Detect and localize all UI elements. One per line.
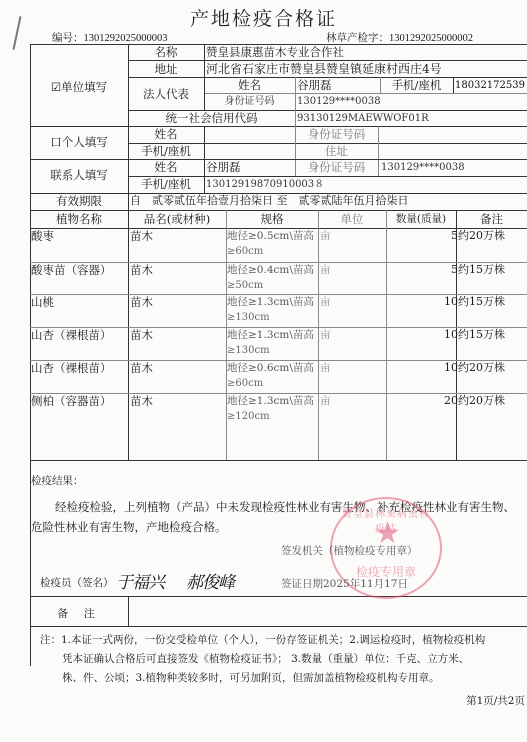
unit-section-label[interactable]: ☑单位填写 [30, 80, 128, 94]
individual-id-label: 身份证号码 [295, 127, 378, 141]
plant-quantity: 10 [386, 361, 458, 375]
plant-quantity: 20 [386, 394, 458, 408]
remarks-label: 备 注 [30, 605, 128, 621]
grid-line [128, 596, 129, 626]
plant-variety: 苗木 [130, 229, 153, 243]
grid-line [30, 210, 527, 211]
col-header-variety: 品名(或材种) [128, 212, 226, 226]
plant-note: 约15万株 [458, 263, 505, 277]
rep-name-label: 姓名 [204, 78, 295, 92]
result-label: 检疫结果： [31, 473, 84, 488]
footnote-line-2: 凭本证确认合格后可直接签发《植物检疫证书》； 3.数量（重量）单位：千克、立方米… [42, 650, 527, 669]
grid-line [378, 126, 379, 176]
contact-section-label: 联系人填写 [30, 168, 128, 182]
unit-address-value: 河北省石家庄市赞皇县赞皇镇延康村西庄4号 [206, 62, 442, 76]
forestry-label: 林草产检字： [326, 32, 389, 44]
plant-spec-line1: 地径≥0.5cm\苗高 [227, 229, 314, 243]
plant-spec-line1: 地径≥1.3cm\苗高 [227, 295, 314, 309]
contact-name-label: 姓名 [128, 160, 204, 174]
serial-label: 编号： [52, 32, 84, 44]
validity-label: 有效期限 [30, 194, 128, 208]
plant-variety: 苗木 [130, 394, 153, 408]
plant-spec-line1: 地径≥0.4cm\苗高 [227, 263, 314, 277]
plant-note: 约15万株 [458, 328, 505, 342]
grid-line [453, 77, 454, 93]
plant-spec-line2: ≥130cm [227, 311, 270, 325]
plant-unit: 亩 [320, 328, 331, 342]
grid-line [128, 60, 527, 61]
plant-note: 约20万株 [458, 361, 505, 375]
sign-date-value: 2025年11月17日 [323, 578, 408, 590]
grid-line [30, 460, 527, 461]
plant-unit: 亩 [320, 361, 331, 375]
plant-variety: 苗木 [130, 361, 153, 375]
inspector-signature-2: 郝俊峰 [186, 568, 234, 593]
serial-number: 编号：1301292025000003 [52, 30, 168, 45]
individual-address-label: 住址 [295, 144, 378, 158]
rep-phone-label: 手机/座机 [380, 78, 453, 92]
col-header-spec: 规格 [226, 212, 318, 226]
validity-value: 自 贰零贰伍年拾壹月拾柒日 至 贰零贰陆年伍月拾柒日 [130, 194, 409, 208]
rep-id-value: 130129****0038 [297, 95, 381, 109]
plant-quantity: 5 [386, 263, 458, 277]
grid-line [128, 44, 129, 460]
grid-line [30, 126, 527, 127]
plant-quantity: 5 [386, 229, 458, 243]
plant-spec-line2: ≥60cm [227, 245, 263, 259]
rep-name-value: 谷朋磊 [297, 78, 332, 92]
plant-quantity: 10 [386, 295, 458, 309]
unit-name-label: 名称 [128, 45, 204, 59]
forestry-number: 林草产检字：1301292025000002 [326, 30, 473, 45]
footnotes: 注：1.本证一式两份，一份交受检单位（个人），一份存签证机关；2.调运检疫时，植… [42, 631, 527, 688]
plant-spec-line1: 地径≥0.6cm\苗高 [227, 361, 314, 375]
col-header-note: 备注 [456, 212, 527, 226]
result-text: 经检疫检验，上列植物（产品）中未发现检疫性林业有害生物、补充检疫性林业有害生物、… [31, 497, 525, 537]
rep-id-label: 身份证号码 [204, 95, 295, 109]
plant-name: 侧柏（容器苗） [31, 394, 112, 408]
inspector-signature-1: 于福兴 [116, 568, 164, 593]
grid-line [30, 159, 527, 160]
plant-spec-line2: ≥60cm [227, 377, 263, 391]
grid-line [318, 210, 319, 460]
individual-name-label: 姓名 [128, 127, 204, 141]
grid-line [204, 44, 205, 77]
unit-address-label: 地址 [128, 62, 204, 76]
individual-phone-label: 手机/座机 [128, 144, 204, 158]
plant-name: 酸枣 [31, 229, 54, 243]
grid-line [204, 93, 527, 94]
rep-phone-value: 18032172539 [455, 79, 525, 93]
plant-unit: 亩 [320, 229, 331, 243]
plant-variety: 苗木 [130, 295, 153, 309]
contact-name-value: 谷朋磊 [206, 160, 241, 174]
credit-code-value: 93130129MAEWWOF01R [297, 112, 429, 126]
grid-line [30, 626, 527, 627]
plant-variety: 苗木 [130, 328, 153, 342]
legal-rep-label: 法人代表 [128, 87, 204, 101]
sign-date: 签证日期2025年11月17日 [281, 576, 408, 591]
plant-name: 山杏（裸根苗） [31, 361, 112, 375]
plant-quantity: 10 [386, 328, 458, 342]
plant-unit: 亩 [320, 394, 331, 408]
grid-line [30, 596, 527, 597]
grid-line [295, 77, 296, 126]
issuer-label: 签发机关（植物检疫专用章） [281, 543, 418, 558]
plant-note: 约15万株 [458, 295, 505, 309]
certificate-title: 产地检疫合格证 [0, 4, 527, 31]
inspector-label: 检疫员（签名） [40, 575, 114, 590]
page-indicator: 第1页/共2页 [466, 693, 525, 708]
plant-note: 约20万株 [458, 394, 505, 408]
plant-unit: 亩 [320, 295, 331, 309]
contact-id-value: 130129****0038 [381, 161, 465, 175]
plant-unit: 亩 [320, 263, 331, 277]
credit-code-label: 统一社会信用代码 [128, 111, 295, 125]
contact-phone-label: 手机/座机 [128, 177, 204, 191]
plant-spec-line2: ≥50cm [227, 279, 263, 293]
contact-id-label: 身份证号码 [295, 160, 378, 174]
footnote-line-3: 株、件、公顷；3.植物种类较多时，可另加附页，但需加盖植物检疫机构专用章。 [42, 669, 527, 688]
unit-name-value: 赞皇县康惠苗木专业合作社 [206, 45, 344, 59]
plant-spec-line1: 地径≥1.3cm\苗高 [227, 328, 314, 342]
plant-variety: 苗木 [130, 263, 153, 277]
contact-phone-value: 13012919870910003８ [206, 178, 324, 192]
col-header-unit: 单位 [318, 212, 386, 226]
col-header-plant-name: 植物名称 [30, 212, 128, 226]
forestry-value: 1301292025000002 [389, 33, 473, 44]
plant-spec-line2: ≥130cm [227, 344, 270, 358]
individual-section-label[interactable]: 口个人填写 [30, 135, 128, 149]
plant-note: 约20万株 [458, 229, 505, 243]
col-header-quantity: 数量(质量) [386, 212, 456, 226]
sign-date-label: 签证日期 [281, 578, 323, 590]
plant-spec-line1: 地径≥1.3cm\苗高 [227, 394, 314, 408]
plant-name: 酸枣苗（容器） [31, 263, 112, 277]
plant-name: 山杏（裸根苗） [31, 328, 112, 342]
serial-value: 1301292025000003 [84, 33, 168, 44]
plant-name: 山桃 [31, 295, 54, 309]
plant-spec-line2: ≥120cm [227, 410, 270, 424]
footnote-line-1: 注：1.本证一式两份，一份交受检单位（个人），一份存签证机关；2.调运检疫时，植… [40, 631, 527, 650]
